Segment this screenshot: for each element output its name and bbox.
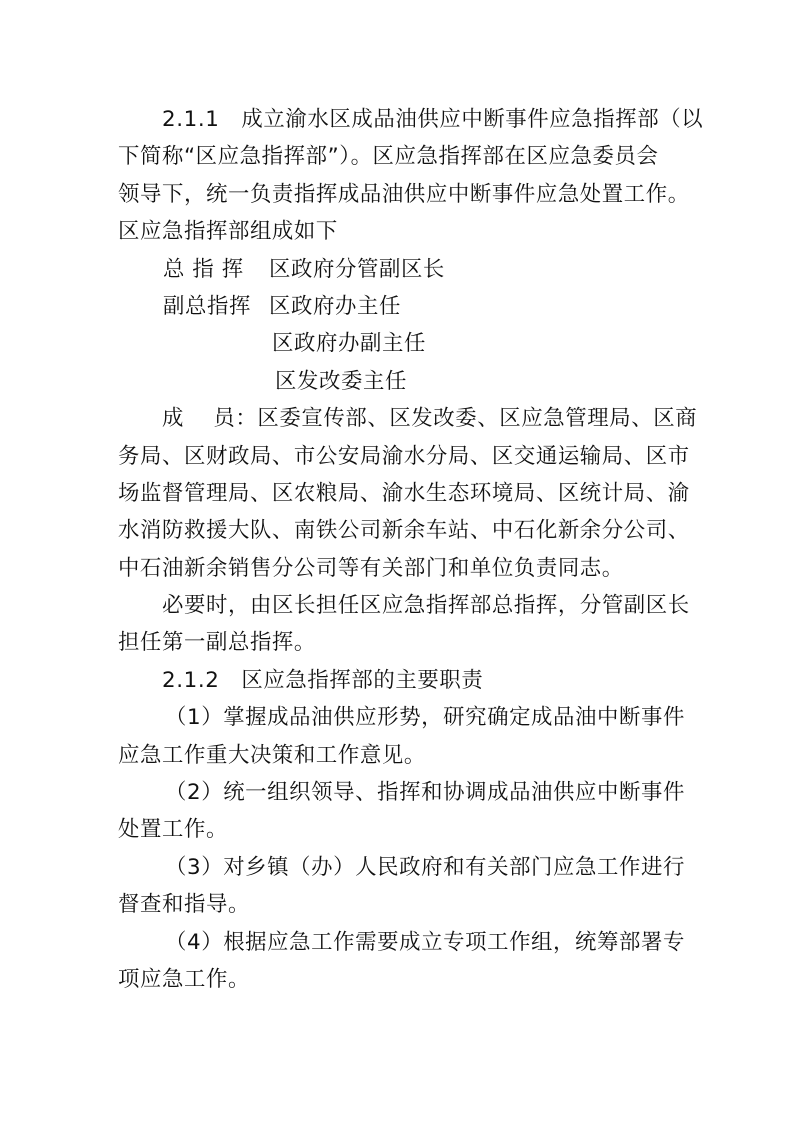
text-line: 必要时，由区长担任区应急指挥部总指挥，分管副区长	[118, 587, 674, 624]
deputy-commander-label: 副总指挥	[163, 288, 269, 325]
members-label: 成 员：	[162, 406, 257, 431]
text-line: （4）根据应急工作需要成立专项工作组，统筹部署专	[118, 924, 674, 961]
deputy-commander-value: 区政府办副主任	[118, 325, 674, 362]
text-line: 督查和指导。	[118, 886, 674, 923]
text-line: 中石油新余销售分公司等有关部门和单位负责同志。	[118, 550, 674, 587]
text-line: 领导下，统一负责指挥成品油供应中断事件应急处置工作。	[118, 176, 674, 213]
composition-list: 总 指 挥 区政府分管副区长 副总指挥 区政府办主任 区政府办副主任 区发改委主…	[118, 251, 674, 588]
duty-item: （4）根据应急工作需要成立专项工作组，统筹部署专 项应急工作。	[118, 924, 674, 999]
document-page: 2.1.1 成立渝水区成品油供应中断事件应急指挥部（以 下简称“区应急指挥部”）…	[118, 101, 674, 998]
paragraph-2-1-1: 2.1.1 成立渝水区成品油供应中断事件应急指挥部（以 下简称“区应急指挥部”）…	[118, 101, 674, 251]
text-line: 2.1.1 成立渝水区成品油供应中断事件应急指挥部（以	[118, 101, 674, 138]
duty-item: （2）统一组织领导、指挥和协调成品油供应中断事件 处置工作。	[118, 774, 674, 849]
members-text: 区委宣传部、区发改委、区应急管理局、区商	[257, 406, 697, 431]
deputy-commander-row: 副总指挥 区政府办主任	[118, 288, 674, 325]
members-first-line: 成 员：区委宣传部、区发改委、区应急管理局、区商	[118, 400, 674, 437]
commander-value: 区政府分管副区长	[269, 251, 445, 288]
text-line: 务局、区财政局、市公安局渝水分局、区交通运输局、区市	[118, 438, 674, 475]
text-line: 水消防救援大队、南铁公司新余车站、中石化新余分公司、	[118, 512, 674, 549]
text-line: 项应急工作。	[118, 961, 674, 998]
text-line: （1）掌握成品油供应形势，研究确定成品油中断事件	[118, 699, 674, 736]
text-line: 处置工作。	[118, 811, 674, 848]
text-line: 下简称“区应急指挥部”）。区应急指挥部在区应急委员会	[118, 138, 674, 175]
deputy-commander-value: 区发改委主任	[118, 363, 674, 400]
deputy-commander-value: 区政府办主任	[269, 288, 401, 325]
text-line: 应急工作重大决策和工作意见。	[118, 737, 674, 774]
duty-item: （3）对乡镇（办）人民政府和有关部门应急工作进行 督查和指导。	[118, 849, 674, 924]
section-heading: 2.1.2 区应急指挥部的主要职责	[118, 662, 674, 699]
section-2-1-2: 2.1.2 区应急指挥部的主要职责 （1）掌握成品油供应形势，研究确定成品油中断…	[118, 662, 674, 999]
text-line: 担任第一副总指挥。	[118, 624, 674, 661]
text-line: 场监督管理局、区农粮局、渝水生态环境局、区统计局、渝	[118, 475, 674, 512]
commander-label: 总 指 挥	[163, 251, 269, 288]
text-line: （2）统一组织领导、指挥和协调成品油供应中断事件	[118, 774, 674, 811]
text-line: （3）对乡镇（办）人民政府和有关部门应急工作进行	[118, 849, 674, 886]
text-line: 区应急指挥部组成如下	[118, 213, 674, 250]
commander-row: 总 指 挥 区政府分管副区长	[118, 251, 674, 288]
duty-item: （1）掌握成品油供应形势，研究确定成品油中断事件 应急工作重大决策和工作意见。	[118, 699, 674, 774]
paragraph-when-necessary: 必要时，由区长担任区应急指挥部总指挥，分管副区长 担任第一副总指挥。	[118, 587, 674, 662]
